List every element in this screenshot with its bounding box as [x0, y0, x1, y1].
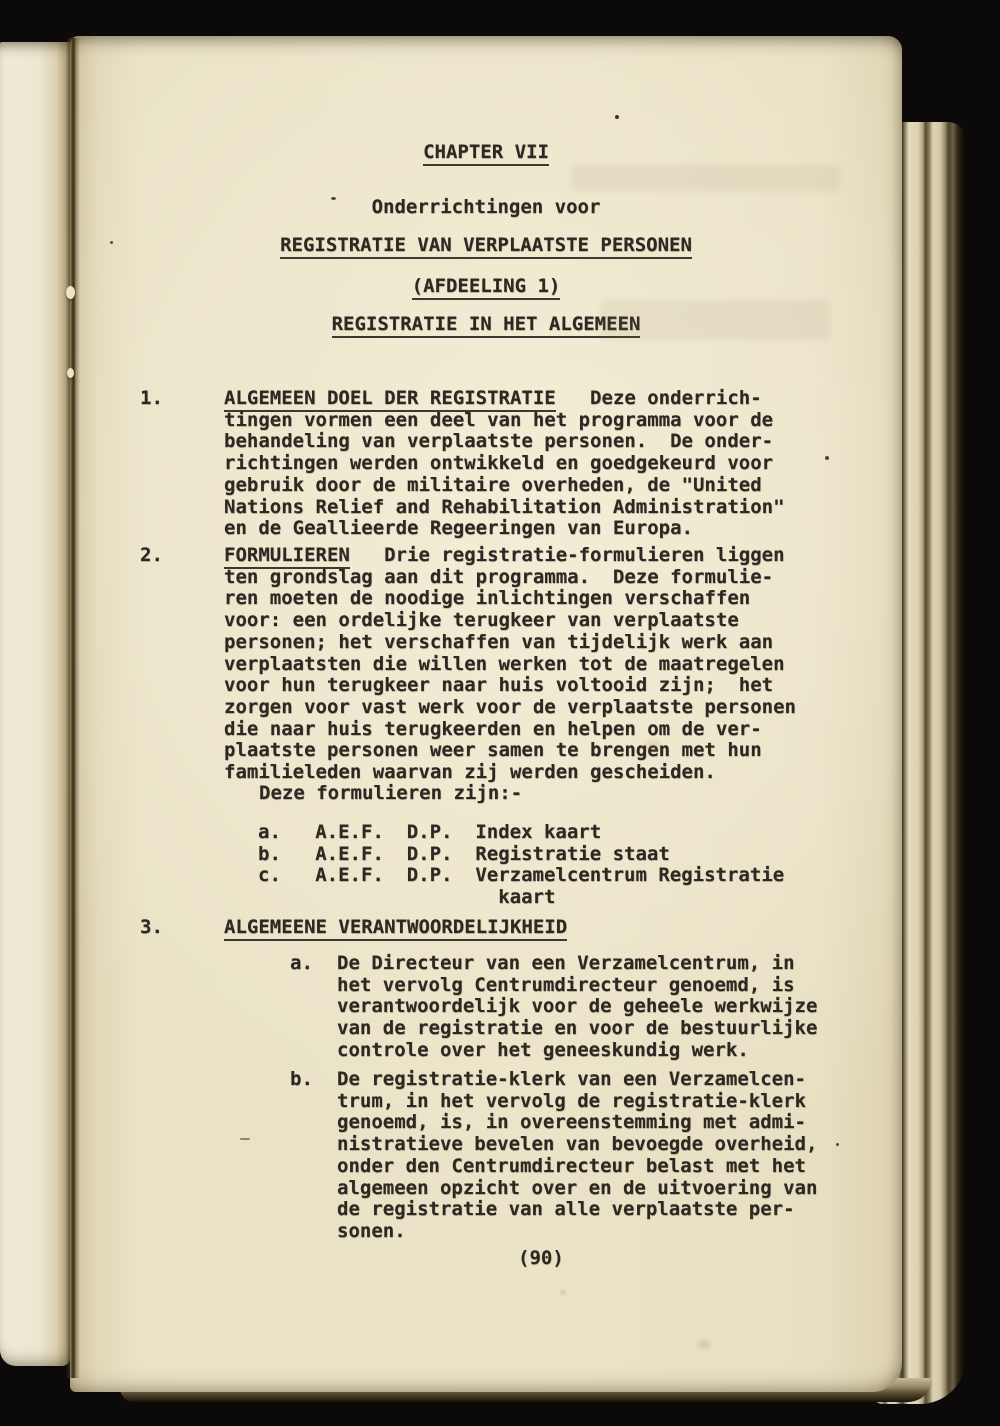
section-2-body: ten grondslag aan dit programma. Deze fo… — [224, 567, 796, 784]
section-1-number: 1. — [140, 388, 163, 410]
general-section-title-text: REGISTRATIE IN HET ALGEMEEN — [332, 313, 641, 338]
section-3-heading: ALGEMEENE VERANTWOORDELIJKHEID — [224, 916, 567, 941]
paper-speck — [836, 1143, 839, 1146]
section-1-heading-rest: Deze onderrich- — [556, 387, 762, 409]
afdeeling-heading: (AFDEELING 1) — [70, 276, 902, 298]
section-2-number: 2. — [140, 545, 163, 567]
doc-subtitle: Onderrichtingen voor — [70, 197, 902, 219]
chapter-heading: CHAPTER VII — [70, 142, 902, 164]
section-1-body: tingen vormen een deel van het programma… — [224, 410, 785, 540]
paper-speck — [110, 241, 113, 244]
facing-page — [0, 42, 70, 1366]
bleed-through-smudge — [570, 165, 840, 191]
subsection-a-letter: a. — [290, 953, 313, 975]
section-3-number: 3. — [140, 917, 163, 939]
book-scan: CHAPTER VII Onderrichtingen voor REGISTR… — [0, 0, 1000, 1426]
paper-stain — [645, 740, 661, 750]
forms-intro: Deze formulieren zijn:- — [259, 783, 522, 805]
subsection-b-letter: b. — [290, 1069, 313, 1091]
paper-stain — [560, 1290, 566, 1295]
subsection-b-body: De registratie-klerk van een Verzamelcen… — [337, 1069, 817, 1243]
pencil-mark — [240, 1138, 250, 1140]
doc-title-text: REGISTRATIE VAN VERPLAATSTE PERSONEN — [280, 234, 692, 259]
paper-speck — [615, 115, 619, 119]
bleed-through-smudge — [600, 300, 830, 340]
page-number: (90) — [518, 1248, 564, 1270]
afdeeling-text: (AFDEELING 1) — [412, 275, 561, 300]
gutter-fiber — [66, 286, 75, 299]
paper-speck — [331, 197, 336, 200]
forms-list: a. A.E.F. D.P. Index kaart b. A.E.F. D.P… — [258, 822, 784, 909]
gutter-fiber — [67, 368, 74, 378]
book-gutter — [66, 38, 80, 1378]
doc-title: REGISTRATIE VAN VERPLAATSTE PERSONEN — [70, 235, 902, 257]
section-2: FORMULIEREN Drie registratie-formulieren… — [224, 545, 785, 567]
section-1: ALGEMEEN DOEL DER REGISTRATIE Deze onder… — [224, 388, 762, 410]
chapter-heading-text: CHAPTER VII — [423, 141, 549, 166]
section-2-heading-rest: Drie registratie-formulieren liggen — [350, 544, 785, 566]
paper-stain — [698, 1340, 711, 1349]
document-page: CHAPTER VII Onderrichtingen voor REGISTR… — [70, 36, 902, 1392]
paper-speck — [825, 456, 829, 460]
subsection-a-body: De Directeur van een Verzamelcentrum, in… — [337, 953, 817, 1062]
section-3: ALGEMEENE VERANTWOORDELIJKHEID — [224, 917, 567, 939]
